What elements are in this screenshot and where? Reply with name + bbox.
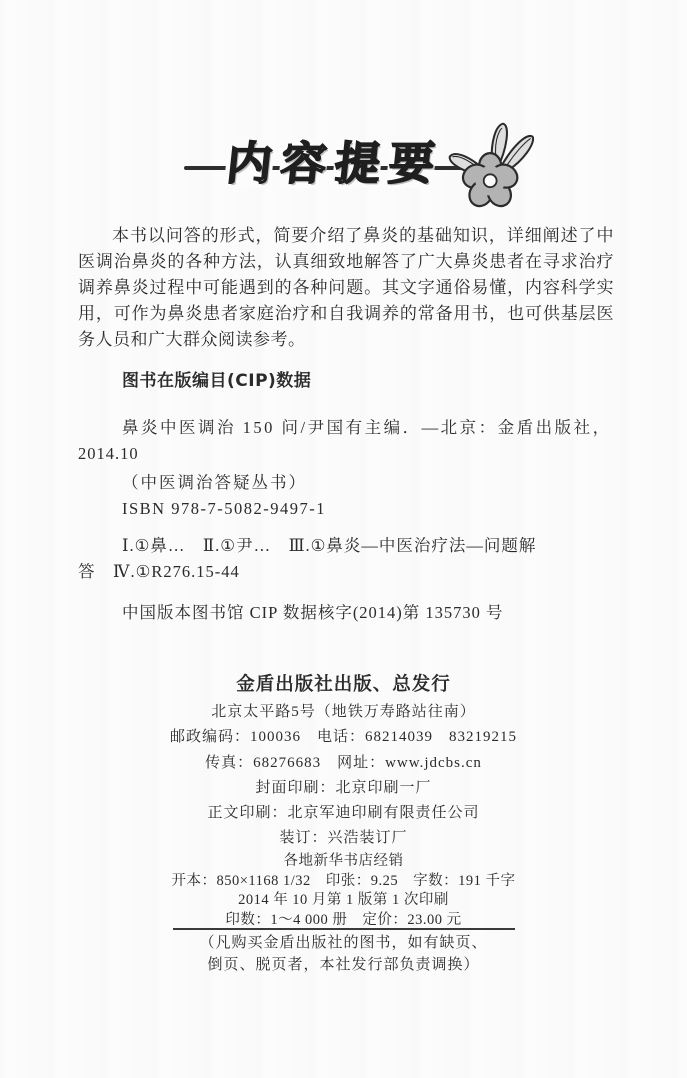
cover-printer-line: 封面印刷：北京印刷一厂: [0, 776, 687, 801]
cip-series: （中医调治答疑丛书）: [122, 470, 626, 496]
exchange-notice-line-2: 倒页、脱页者，本社发行部负责调换）: [0, 954, 687, 976]
copyright-page: 内容提要 本书以问答的形式，简要介绍了鼻炎的基础知识，详细阐述了中医调治鼻炎的各…: [0, 0, 687, 1078]
masthead-title-char: 容: [277, 140, 329, 188]
summary-paragraph: 本书以问答的形式，简要介绍了鼻炎的基础知识，详细阐述了中医调治鼻炎的各种方法，认…: [78, 223, 614, 353]
colophon: 金盾出版社出版、总发行 北京太平路5号（地铁万寿路站往南） 邮政编码：10003…: [0, 670, 687, 976]
cip-title-line-1: 鼻炎中医调治 150 问/尹国有主编．—北京：金盾出版社，: [122, 415, 626, 441]
fax-website-line: 传真：68276683 网址：www.jdcbs.cn: [0, 751, 687, 776]
masthead: 内容提要: [168, 120, 538, 216]
cip-title-line-2: 2014.10: [78, 441, 626, 467]
cip-record-number: 中国版本图书馆 CIP 数据核字(2014)第 135730 号: [122, 600, 626, 626]
flower-icon: [446, 118, 538, 214]
masthead-title-char: 内: [223, 140, 275, 188]
postal-phone-line: 邮政编码：100036 电话：68214039 83219215: [0, 725, 687, 750]
masthead-title-char: 要: [386, 140, 438, 188]
cip-isbn: ISBN 978-7-5082-9497-1: [122, 496, 626, 522]
text-printer-line: 正文印刷：北京军迪印刷有限责任公司: [0, 801, 687, 826]
distribution-line: 各地新华书店经销: [0, 852, 687, 872]
cip-classification-line-2: 答 Ⅳ.①R276.15-44: [78, 559, 626, 585]
publisher-line: 金盾出版社出版、总发行: [0, 670, 687, 700]
cip-block: 图书在版编目(CIP)数据 鼻炎中医调治 150 问/尹国有主编．—北京：金盾出…: [78, 368, 626, 626]
edition-line: 2014 年 10 月第 1 版第 1 次印刷: [0, 891, 687, 911]
cip-heading: 图书在版编目(CIP)数据: [122, 368, 626, 394]
publisher-address: 北京太平路5号（地铁万寿路站往南）: [0, 700, 687, 725]
masthead-title: 内容提要: [223, 140, 437, 188]
masthead-title-char: 提: [332, 140, 384, 188]
exchange-notice-line-1: （凡购买金盾出版社的图书，如有缺页、: [0, 932, 687, 954]
format-line: 开本：850×1168 1/32 印张：9.25 字数：191 千字: [0, 872, 687, 892]
binding-line: 装订：兴浩装订厂: [0, 826, 687, 851]
cip-classification-line-1: Ⅰ.①鼻… Ⅱ.①尹… Ⅲ.①鼻炎—中医治疗法—问题解: [122, 533, 626, 559]
print-run-price-line: 印数：1～4 000 册 定价：23.00 元: [0, 911, 687, 931]
